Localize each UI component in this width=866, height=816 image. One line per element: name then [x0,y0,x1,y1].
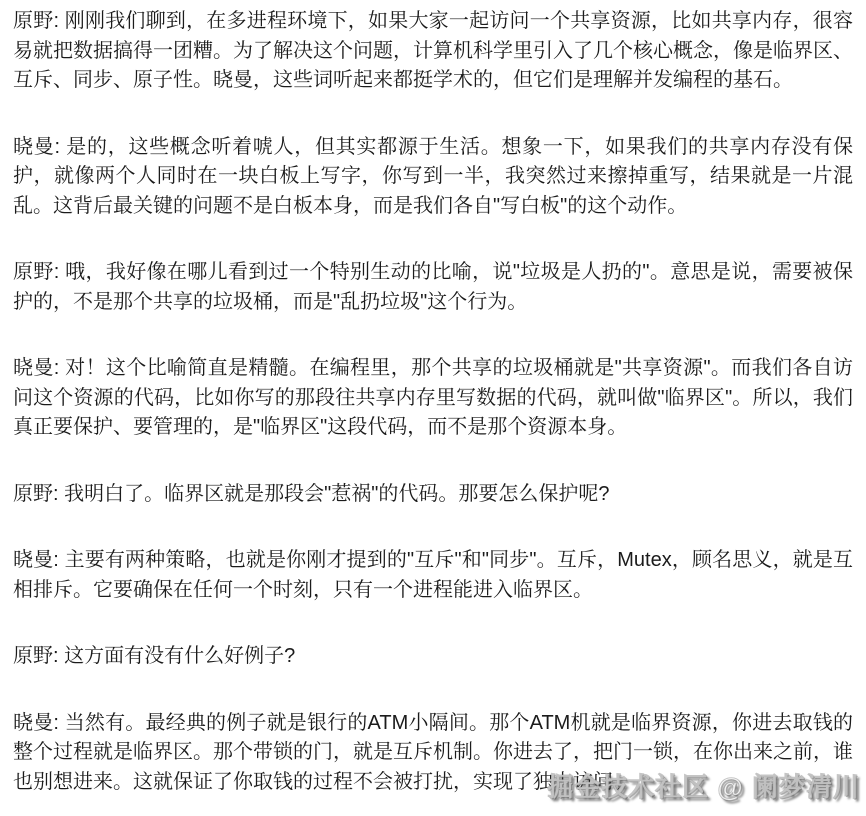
speaker-name: 原野 [13,645,53,667]
dialogue-paragraph: 原野: 哦，我好像在哪儿看到过一个特别生动的比喻，说"垃圾是人扔的"。意思是说，… [13,258,853,317]
speaker-name: 原野 [13,483,53,505]
speaker-separator: : [53,10,64,32]
message-text: 当然有。最经典的例子就是银行的ATM小隔间。那个ATM机就是临界资源，你进去取钱… [13,712,853,793]
speaker-name: 原野 [13,261,54,283]
speaker-separator: : [53,483,64,505]
message-text: 哦，我好像在哪儿看到过一个特别生动的比喻，说"垃圾是人扔的"。意思是说，需要被保… [13,261,853,313]
dialogue-paragraph: 晓曼: 对！这个比喻简直是精髓。在编程里，那个共享的垃圾桶就是"共享资源"。而我… [13,354,853,443]
speaker-separator: : [54,261,65,283]
speaker-separator: : [53,549,64,571]
speaker-name: 晓曼 [13,712,53,734]
message-text: 我明白了。临界区就是那段会"惹祸"的代码。那要怎么保护呢? [64,483,609,505]
speaker-separator: : [53,645,64,667]
speaker-name: 晓曼 [13,136,54,158]
message-text: 这方面有没有什么好例子? [64,645,295,667]
message-text: 刚刚我们聊到，在多进程环境下，如果大家一起访问一个共享资源，比如共享内存，很容易… [13,10,853,91]
message-text: 主要有两种策略，也就是你刚才提到的"互斥"和"同步"。互斥，Mutex，顾名思义… [13,549,853,601]
dialogue-paragraph: 晓曼: 主要有两种策略，也就是你刚才提到的"互斥"和"同步"。互斥，Mutex，… [13,546,853,605]
dialogue-paragraph: 晓曼: 是的，这些概念听着唬人，但其实都源于生活。想象一下，如果我们的共享内存没… [13,133,853,222]
speaker-separator: : [54,136,66,158]
dialogue-paragraph: 原野: 刚刚我们聊到，在多进程环境下，如果大家一起访问一个共享资源，比如共享内存… [13,7,853,96]
transcript-page: 原野: 刚刚我们聊到，在多进程环境下，如果大家一起访问一个共享资源，比如共享内存… [0,0,866,816]
speaker-separator: : [53,712,64,734]
dialogue-paragraph: 原野: 我明白了。临界区就是那段会"惹祸"的代码。那要怎么保护呢? [13,480,853,510]
speaker-name: 晓曼 [13,549,53,571]
message-text: 对！这个比喻简直是精髓。在编程里，那个共享的垃圾桶就是"共享资源"。而我们各自访… [13,357,853,438]
dialogue-paragraph: 晓曼: 当然有。最经典的例子就是银行的ATM小隔间。那个ATM机就是临界资源，你… [13,709,853,798]
message-text: 是的，这些概念听着唬人，但其实都源于生活。想象一下，如果我们的共享内存没有保护，… [13,136,853,217]
speaker-separator: : [54,357,65,379]
dialogue-paragraph: 原野: 这方面有没有什么好例子? [13,642,853,672]
speaker-name: 晓曼 [13,357,54,379]
speaker-name: 原野 [13,10,53,32]
